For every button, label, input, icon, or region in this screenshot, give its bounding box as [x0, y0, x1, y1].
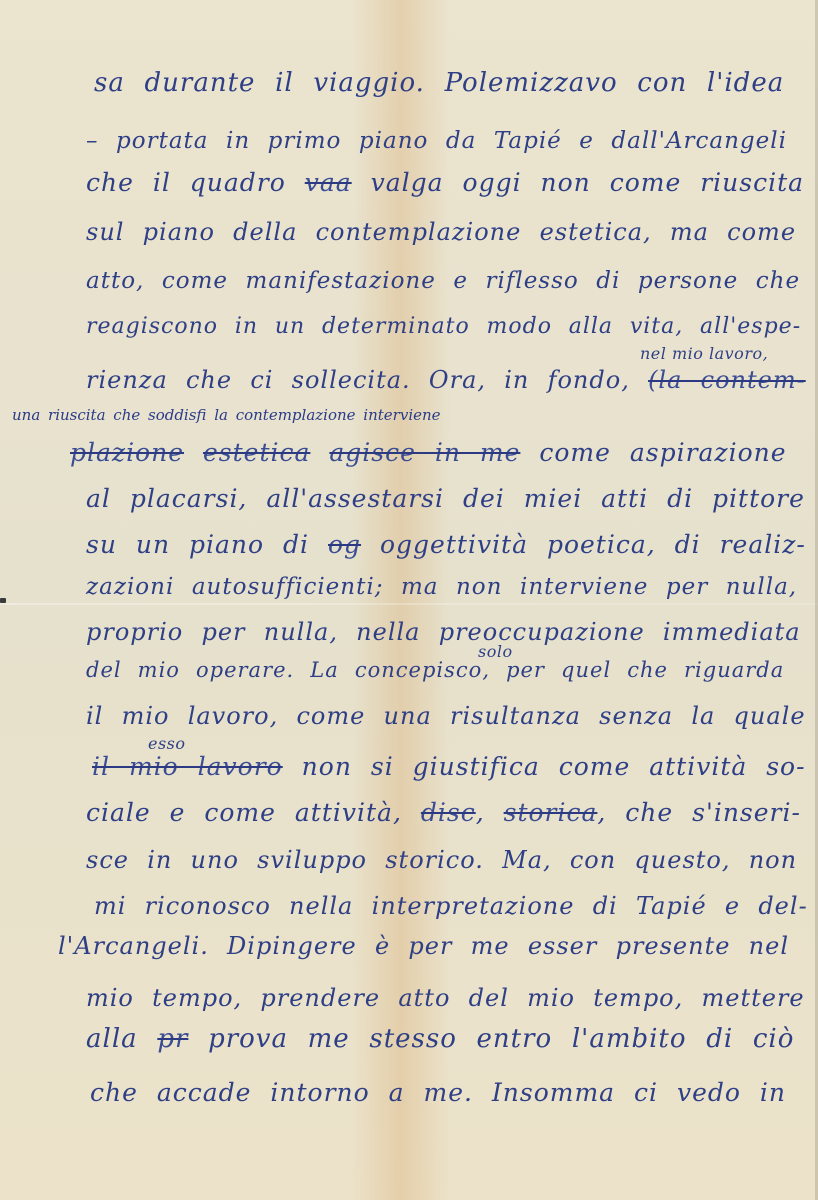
deleted-text: disc [421, 798, 476, 827]
text-line-18: mi riconosco nella interpretazione di Ta… [94, 892, 808, 920]
text-line-9: al placarsi, all'assestarsi dei miei att… [86, 484, 805, 513]
text-line-17: sce in uno sviluppo storico. Ma, con que… [86, 846, 797, 874]
text-line-20: mio tempo, prendere atto del mio tempo, … [86, 984, 805, 1012]
fold-mark [0, 598, 6, 603]
text-line-22: che accade intorno a me. Insomma ci vedo… [90, 1078, 786, 1107]
text-line-6: reagiscono in un determinato modo alla v… [86, 314, 801, 339]
text-line-2: – portata in primo piano da Tapié e dall… [86, 128, 787, 154]
deleted-text: og [328, 530, 361, 559]
text-line-13: del mio operare. La concepisco, per quel… [86, 658, 784, 682]
text-line-16: ciale e come attività, disc, storica, ch… [86, 798, 801, 827]
margin-insertion: una riuscita che soddisfi la contemplazi… [12, 406, 441, 424]
deleted-text: agisce in me [329, 438, 520, 467]
deleted-text: estetica [203, 438, 310, 467]
text-line-7: rienza che ci sollecita. Ora, in fondo, … [86, 366, 806, 394]
text-line-3: che il quadro vaa valga oggi non come ri… [86, 168, 804, 197]
deleted-text: plazione [70, 438, 184, 467]
text-line-8: plazione estetica agisce in me come aspi… [70, 438, 787, 467]
text-line-12: proprio per nulla, nella preoccupazione … [86, 618, 801, 646]
text-line-14: il mio lavoro, come una risultanza senza… [86, 702, 806, 730]
text-line-19: l'Arcangeli. Dipingere è per me esser pr… [58, 932, 789, 960]
deleted-text: vaa [305, 168, 352, 197]
insertion-above: esso [148, 734, 186, 753]
text-line-1: sa durante il viaggio. Polemizzavo con l… [94, 68, 784, 98]
deleted-text: storica [504, 798, 598, 827]
deleted-text: pr [157, 1024, 188, 1054]
deleted-text: il mio lavoro [92, 752, 283, 781]
text-line-4: sul piano della contemplazione estetica,… [86, 218, 796, 246]
text-line-5: atto, come manifestazione e riflesso di … [86, 268, 800, 294]
text-line-10: su un piano di og oggettività poetica, d… [86, 530, 806, 559]
paper-fold-crease [0, 603, 818, 605]
text-line-11: zazioni autosufficienti; ma non intervie… [86, 574, 797, 600]
insertion-above: nel mio lavoro, [640, 344, 768, 363]
deleted-text: (la contem- [648, 366, 806, 394]
text-line-15: il mio lavoro non si giustifica come att… [92, 752, 806, 781]
text-line-21: alla pr prova me stesso entro l'ambito d… [86, 1024, 794, 1054]
